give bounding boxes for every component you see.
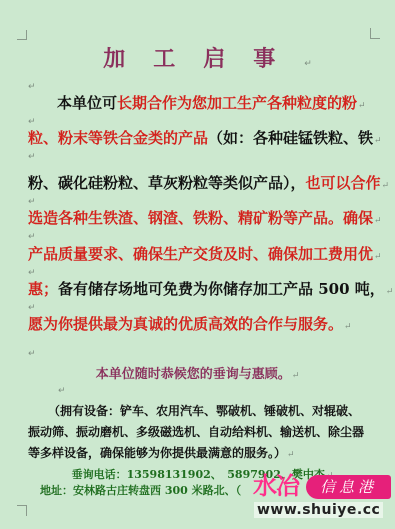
subtitle: 本单位随时恭候您的垂询与惠顾。↵ [0,363,395,382]
paragraph-mark-icon: ↵ [304,59,312,69]
title-char: 启 [203,47,253,72]
text-segment: 也可以合作 [306,174,381,192]
text-segment: 长期合作为您加工生产各种粒度的粉 [117,94,357,112]
paragraph-line: 惠；备有储存场地可免费为你储存加工产品 500 吨，↵ [28,279,378,302]
paragraph-line: 本单位可长期合作为您加工生产各种粒度的粉↵ [57,93,395,116]
paragraph-mark-icon: ↵ [287,450,295,460]
paragraph-mark-icon: ↵ [28,268,36,278]
text-segment: 粉、碳化硅粉粒、草灰粉粒等类似产品）， [28,174,306,192]
watermark-badge: 信息港 [306,475,391,499]
paragraph-mark-icon: ↵ [358,101,366,111]
paragraph-mark-icon: ↵ [28,152,36,162]
text-segment: 愿为你提供最为真诚的优质高效的合作与服务。 [28,315,343,333]
title-char: 工 [153,47,203,72]
paragraph-mark-icon: ↵ [28,82,36,92]
paragraph-mark-icon: ↵ [292,371,300,381]
paragraph-mark-icon: ↵ [374,136,382,146]
equipment-line: 等多样设备，确保能够为你提供最满意的服务。）↵ [28,443,378,466]
title-char: 加 [103,47,153,72]
paragraph-line: 选造各种生铁渣、钢渣、铁粉、精矿粉等产品。确保↵ [28,208,378,231]
equipment-text: 等多样设备，确保能够为你提供最满意的服务。） [28,446,286,460]
paragraph-mark-icon: ↵ [28,117,36,127]
paragraph-mark-icon: ↵ [28,197,36,207]
text-segment: 产品质量要求、确保生产交货及时、确保加工费用优 [28,245,373,263]
paragraph-mark-icon: ↵ [382,181,390,191]
paragraph-mark-icon: ↵ [28,349,36,359]
equipment-line: 振动筛、振动磨机、多级磁选机、自动给料机、输送机、除尘器 [28,422,378,443]
paragraph-line: 产品质量要求、确保生产交货及时、确保加工费用优↵ [28,244,378,267]
subtitle-text: 本单位随时恭候您的垂询与惠顾。 [96,367,291,382]
text-segment: 惠； [28,280,58,298]
document-title: 加工启事↵ [0,42,395,73]
paragraph-line: 粉、碳化硅粉粒、草灰粉粒等类似产品），也可以合作↵ [28,173,378,196]
paragraph-mark-icon: ↵ [386,287,394,297]
paragraph-mark-icon: ↵ [58,386,66,396]
text-segment: 备有储存场地可免费为你储存加工产品 500 吨， [58,280,385,298]
site-watermark: 水冶 信息港 www.shuiye.cc [250,472,395,529]
watermark-logo: 水冶 [253,472,299,500]
paragraph-line: 粒、粉末等铁合金类的产品（如：各种硅锰铁粒、铁↵ [28,128,378,151]
text-segment: （如：各种硅锰铁粒、铁 [208,129,373,147]
title-char: 事 [253,47,303,72]
page-corner-mark-top-right [370,28,380,39]
paragraph-mark-icon: ↵ [374,216,382,226]
watermark-url: www.shuiye.cc [254,502,383,518]
paragraph-line: 愿为你提供最为真诚的优质高效的合作与服务。↵ [28,314,378,337]
equipment-line: （拥有设备：铲车、农用汽车、鄂破机、锤破机、对辊破、 [48,401,395,422]
paragraph-mark-icon: ↵ [374,252,382,262]
text-segment: 本单位可 [57,94,117,112]
paragraph-mark-icon: ↵ [344,322,352,332]
paragraph-mark-icon: ↵ [28,232,36,242]
text-segment: 选造各种生铁渣、钢渣、铁粉、精矿粉等产品。确保 [28,209,373,227]
page-corner-mark-top-left [17,30,27,40]
paragraph-mark-icon: ↵ [28,303,36,313]
page-corner-mark-bottom-left [17,505,27,516]
text-segment: 粒、粉末等铁合金类的产品 [28,129,208,147]
